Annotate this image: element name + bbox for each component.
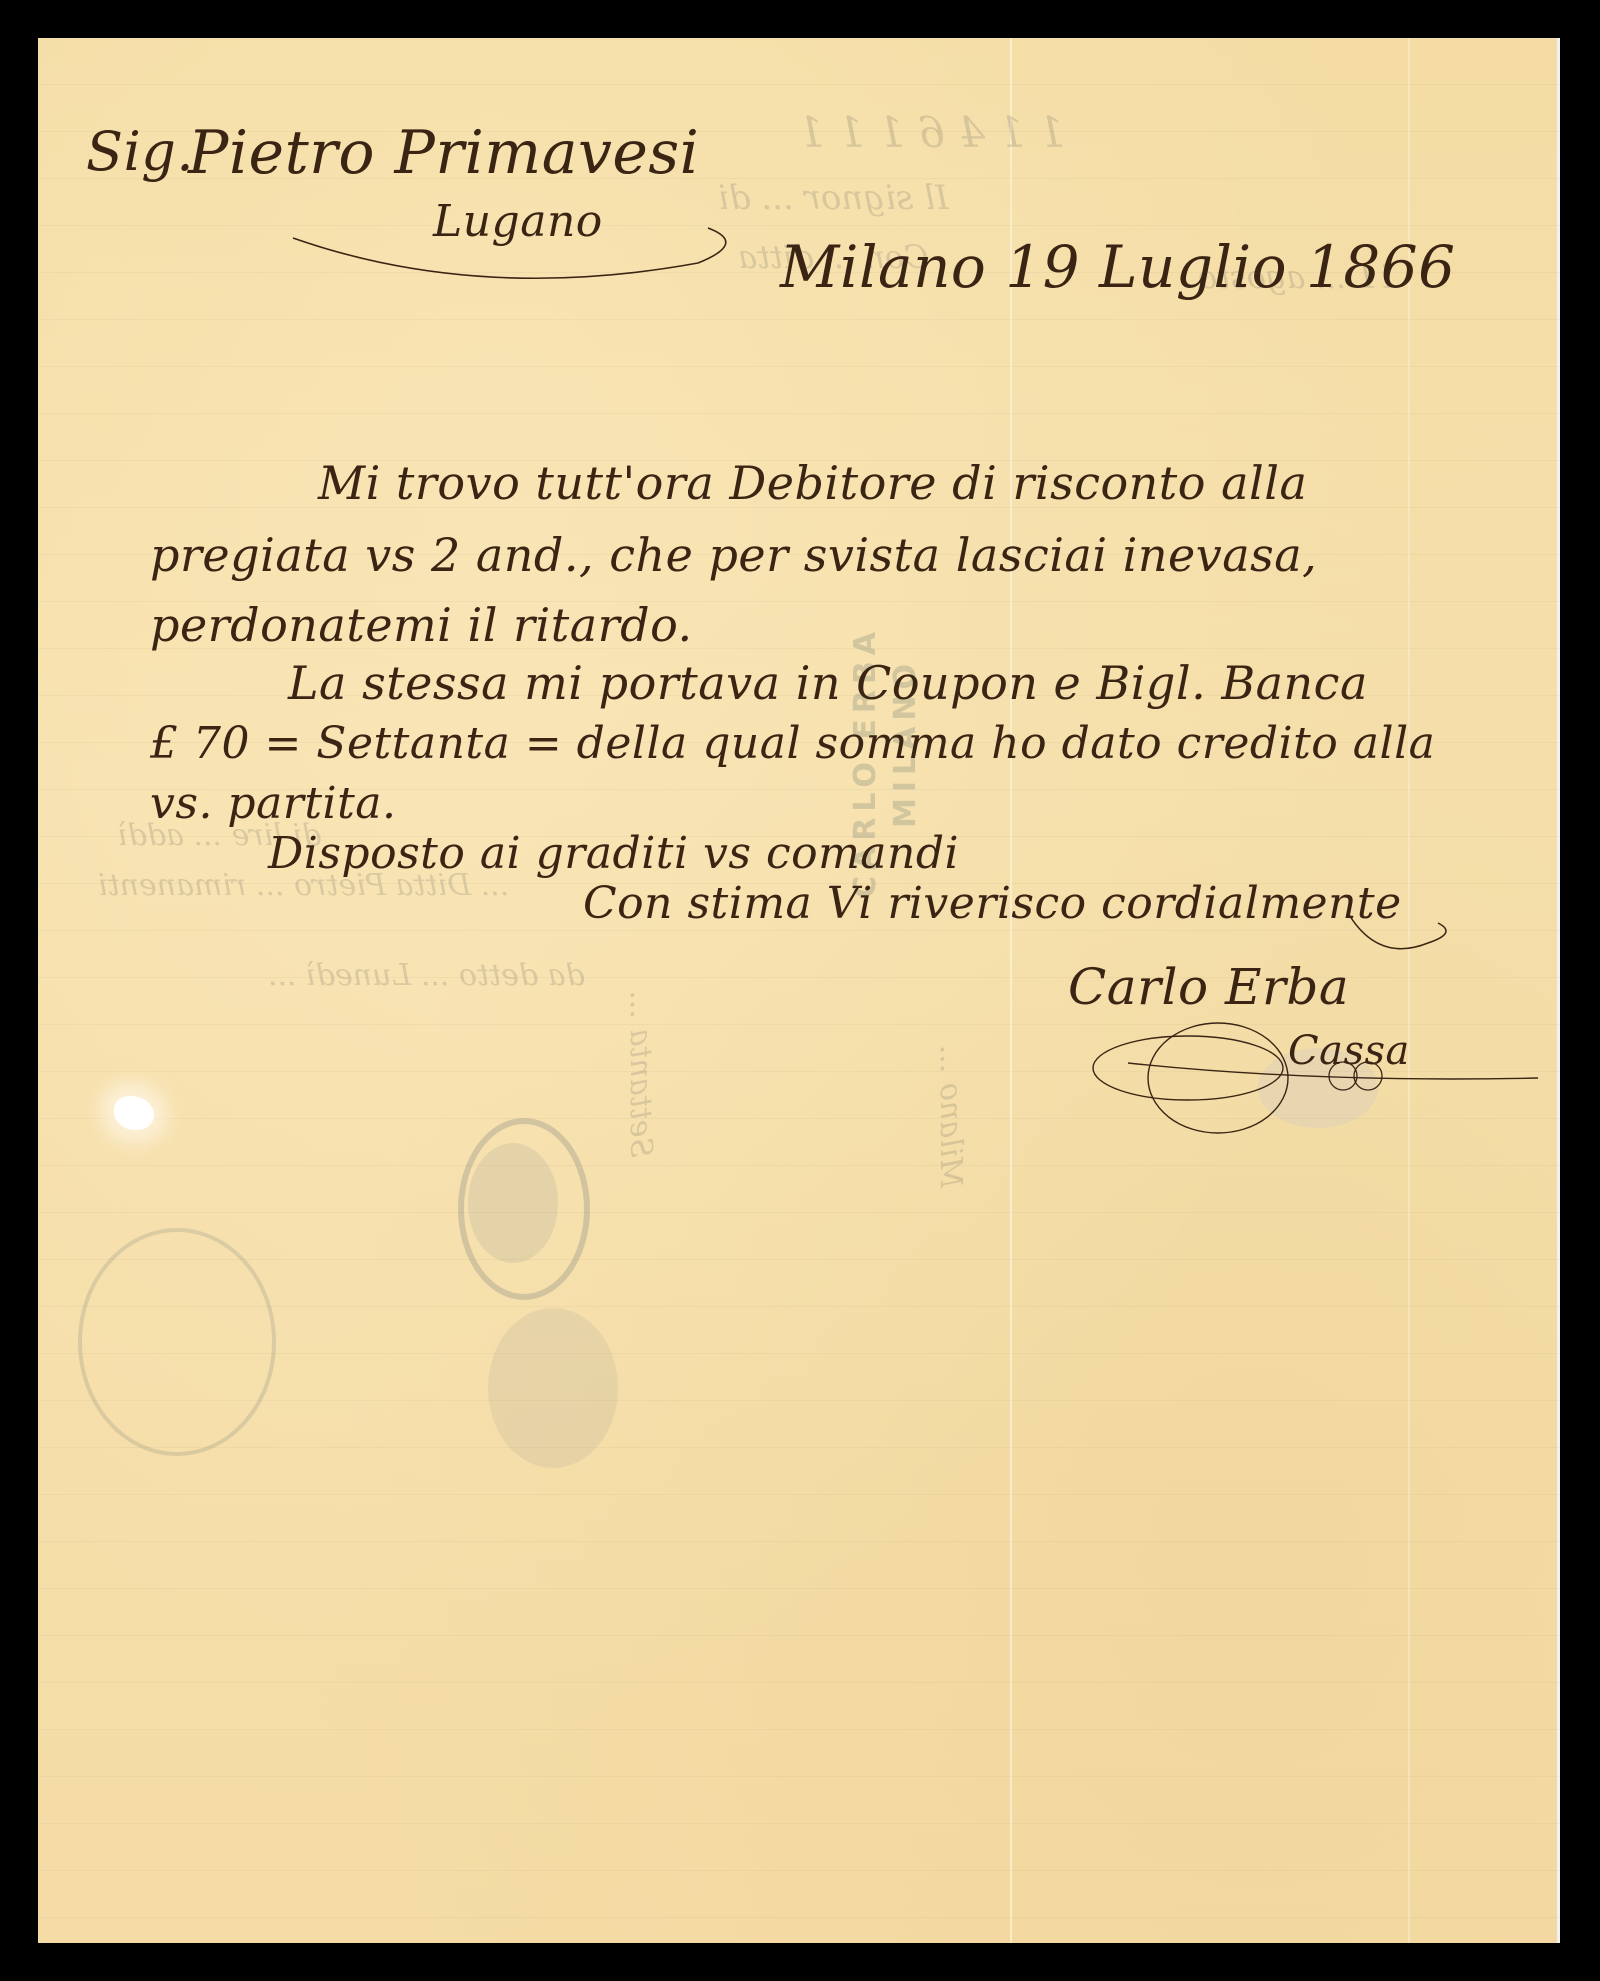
- body-line: Mi trovo tutt'ora Debitore di risconto a…: [318, 456, 1307, 510]
- body-line: vs. partita.: [150, 778, 397, 829]
- body-line: Con stima Vi riverisco cordialmente: [583, 878, 1402, 929]
- letter-paper: 1 1 4 6 1 1 1 Il signor ... di Con ... d…: [38, 38, 1560, 1943]
- addressee-salutation: Sig.: [86, 120, 194, 183]
- postmark-circle: [78, 1228, 276, 1456]
- addressee-name: Pietro Primavesi: [188, 118, 699, 188]
- body-line: £ 70 = Settanta = della qual somma ho da…: [150, 718, 1435, 769]
- postmark-blot: [468, 1143, 558, 1263]
- addressee-city: Lugano: [433, 196, 603, 247]
- ghost-vertical-text: Settanta ...: [623, 990, 658, 1158]
- letter-date: Milano 19 Luglio 1866: [780, 233, 1456, 301]
- ghost-text: da detto ... Lunedì ...: [268, 958, 585, 993]
- ghost-text: Il signor ... di: [718, 178, 949, 218]
- signature-role: Cassa: [1288, 1028, 1410, 1074]
- paper-fold-line: [1010, 38, 1012, 1943]
- signature-name: Carlo Erba: [1068, 958, 1349, 1016]
- paper-fold-line: [1408, 38, 1410, 1943]
- body-line: perdonatemi il ritardo.: [150, 598, 693, 652]
- postmark-blot: [488, 1308, 618, 1468]
- body-line: Disposto ai graditi vs comandi: [268, 828, 959, 879]
- paper-tear: [114, 1096, 154, 1130]
- ghost-text: 1 1 4 6 1 1 1: [798, 108, 1065, 157]
- ghost-vertical-text: Milano ...: [933, 1045, 968, 1188]
- body-line: pregiata vs 2 and., che per svista lasci…: [150, 528, 1317, 582]
- body-line: La stessa mi portava in Coupon e Bigl. B…: [288, 656, 1368, 710]
